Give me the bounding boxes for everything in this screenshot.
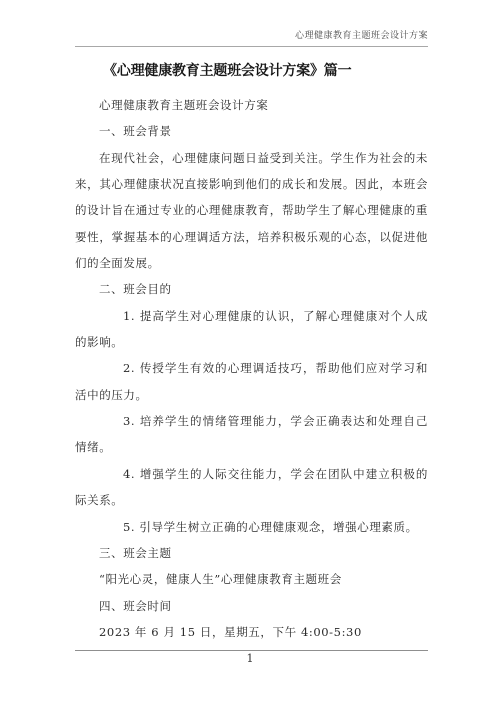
text-line: 来，其心理健康状况直接影响到他们的成长和发展。因此，本班会 <box>75 171 428 197</box>
text-line: 的设计旨在通过专业的心理健康教育，帮助学生了解心理健康的重 <box>75 197 428 223</box>
text-line: 四、班会时间 <box>75 593 428 619</box>
text-line: 际关系。 <box>75 487 428 513</box>
text-line: 三、班会主题 <box>75 540 428 566</box>
header-divider <box>75 46 428 47</box>
text-line: 要性，掌握基本的心理调适方法，培养积极乐观的心态，以促进他 <box>75 224 428 250</box>
text-line: 一、班会背景 <box>75 118 428 144</box>
text-line: 2. 传授学生有效的心理调适技巧，帮助他们应对学习和生 <box>75 355 428 381</box>
page-header-title: 心理健康教育主题班会设计方案 <box>295 31 428 42</box>
document-title: 《心理健康教育主题班会设计方案》篇一 <box>103 62 351 80</box>
text-line: 3. 培养学生的情绪管理能力，学会正确表达和处理自己的 <box>75 408 428 434</box>
text-line: 心理健康教育主题班会设计方案 <box>75 92 428 118</box>
text-line: 在现代社会，心理健康问题日益受到关注。学生作为社会的未 <box>75 145 428 171</box>
document-page: 心理健康教育主题班会设计方案 《心理健康教育主题班会设计方案》篇一 心理健康教育… <box>0 0 500 707</box>
text-line: 的影响。 <box>75 329 428 355</box>
text-line: 二、班会目的 <box>75 276 428 302</box>
page-number: 1 <box>0 651 500 666</box>
document-body: 心理健康教育主题班会设计方案一、班会背景在现代社会，心理健康问题日益受到关注。学… <box>75 92 428 645</box>
text-line: 们的全面发展。 <box>75 250 428 276</box>
text-line: 5. 引导学生树立正确的心理健康观念，增强心理素质。 <box>75 514 428 540</box>
text-line: 情绪。 <box>75 434 428 460</box>
text-line: 4. 增强学生的人际交往能力，学会在团队中建立积极的人 <box>75 461 428 487</box>
text-line: 活中的压力。 <box>75 382 428 408</box>
text-line: “阳光心灵，健康人生”心理健康教育主题班会 <box>75 566 428 592</box>
text-line: 1. 提高学生对心理健康的认识，了解心理健康对个人成长 <box>75 303 428 329</box>
text-line: 2023 年 6 月 15 日，星期五，下午 4:00-5:30 <box>75 619 428 645</box>
